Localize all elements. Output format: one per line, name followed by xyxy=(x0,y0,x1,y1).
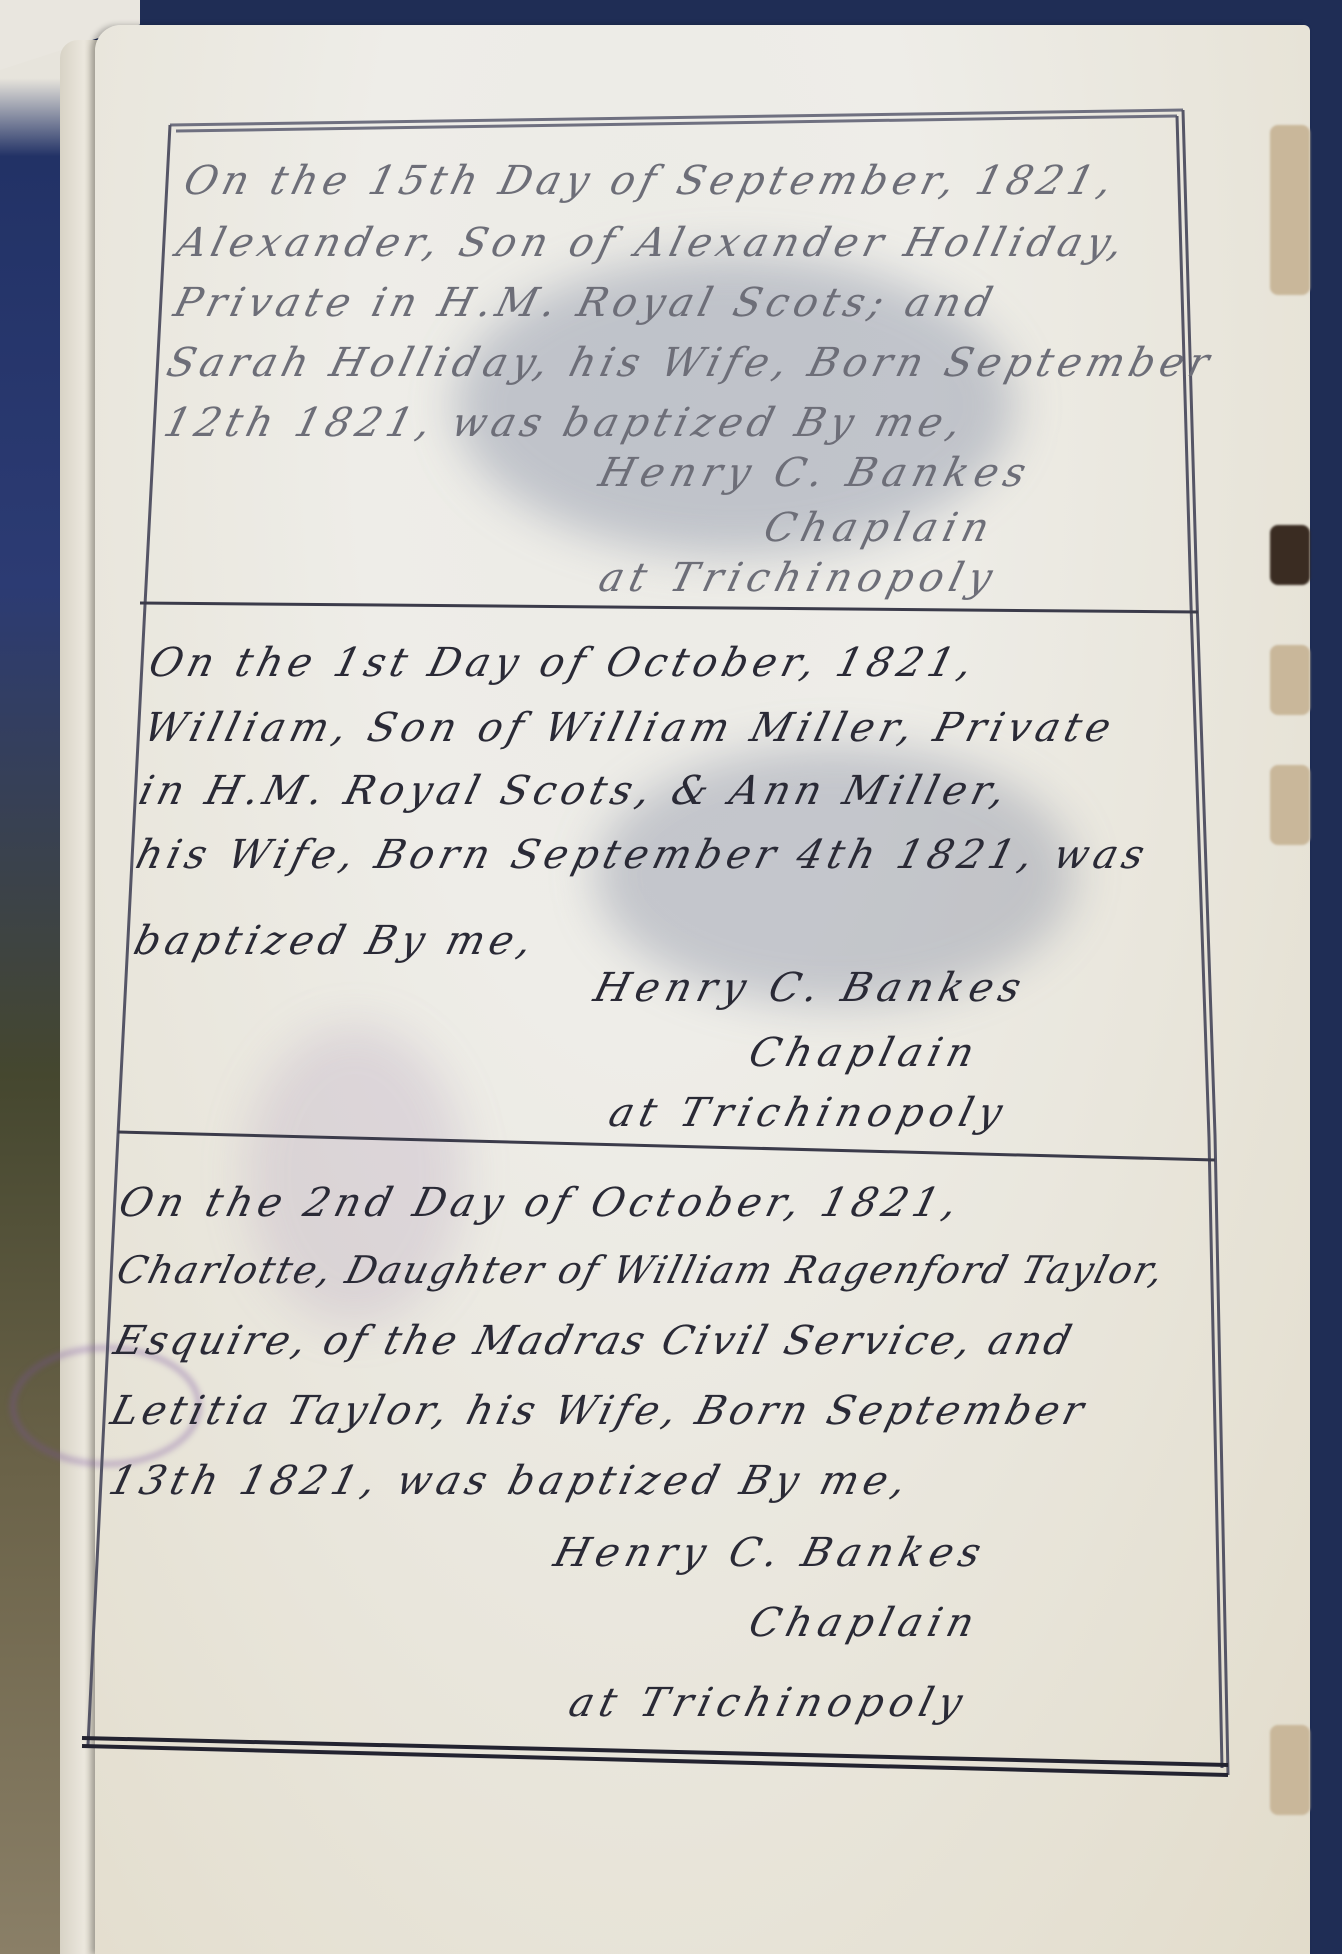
signature-name: Henry C. Bankes xyxy=(589,965,1031,1011)
entry-line: On the 1st Day of October, 1821, xyxy=(144,640,982,686)
signature-place: at Trichinopoly xyxy=(564,1680,973,1726)
signature-place: at Trichinopoly xyxy=(604,1090,1013,1136)
edge-damage xyxy=(1270,765,1310,845)
entry-line: his Wife, Born September 4th 1821, was xyxy=(131,832,1154,878)
signature-place: at Trichinopoly xyxy=(594,555,1003,601)
entry-line: 13th 1821, was baptized By me, xyxy=(104,1458,916,1504)
entry-line: 12th 1821, was baptized By me, xyxy=(159,400,971,446)
edge-damage xyxy=(1270,1725,1310,1815)
signature-title: Chaplain xyxy=(759,505,999,551)
signature-name: Henry C. Bankes xyxy=(594,450,1036,496)
signature-title: Chaplain xyxy=(744,1600,984,1646)
signature-name: Henry C. Bankes xyxy=(549,1530,991,1576)
entry-line: Charlotte, Daughter of William Ragenford… xyxy=(113,1248,1170,1292)
entry-line: On the 2nd Day of October, 1821, xyxy=(114,1180,967,1226)
entry-line: William, Son of William Miller, Private xyxy=(139,705,1120,751)
edge-damage xyxy=(1270,125,1310,295)
entry-line: Alexander, Son of Alexander Holliday, xyxy=(172,220,1132,266)
entry-line: Sarah Holliday, his Wife, Born September xyxy=(162,340,1218,386)
entry-line: Letitia Taylor, his Wife, Born September xyxy=(106,1388,1092,1434)
signature-title: Chaplain xyxy=(744,1030,984,1076)
edge-damage xyxy=(1270,525,1310,585)
entry-line: Private in H.M. Royal Scots; and xyxy=(169,280,1002,326)
edge-damage xyxy=(1270,645,1310,715)
entry-line: On the 15th Day of September, 1821, xyxy=(179,158,1122,204)
entry-line: Esquire, of the Madras Civil Service, an… xyxy=(109,1318,1079,1364)
entry-line: in H.M. Royal Scots, & Ann Miller, xyxy=(134,768,1015,814)
entry-line: baptized By me, xyxy=(129,918,541,964)
